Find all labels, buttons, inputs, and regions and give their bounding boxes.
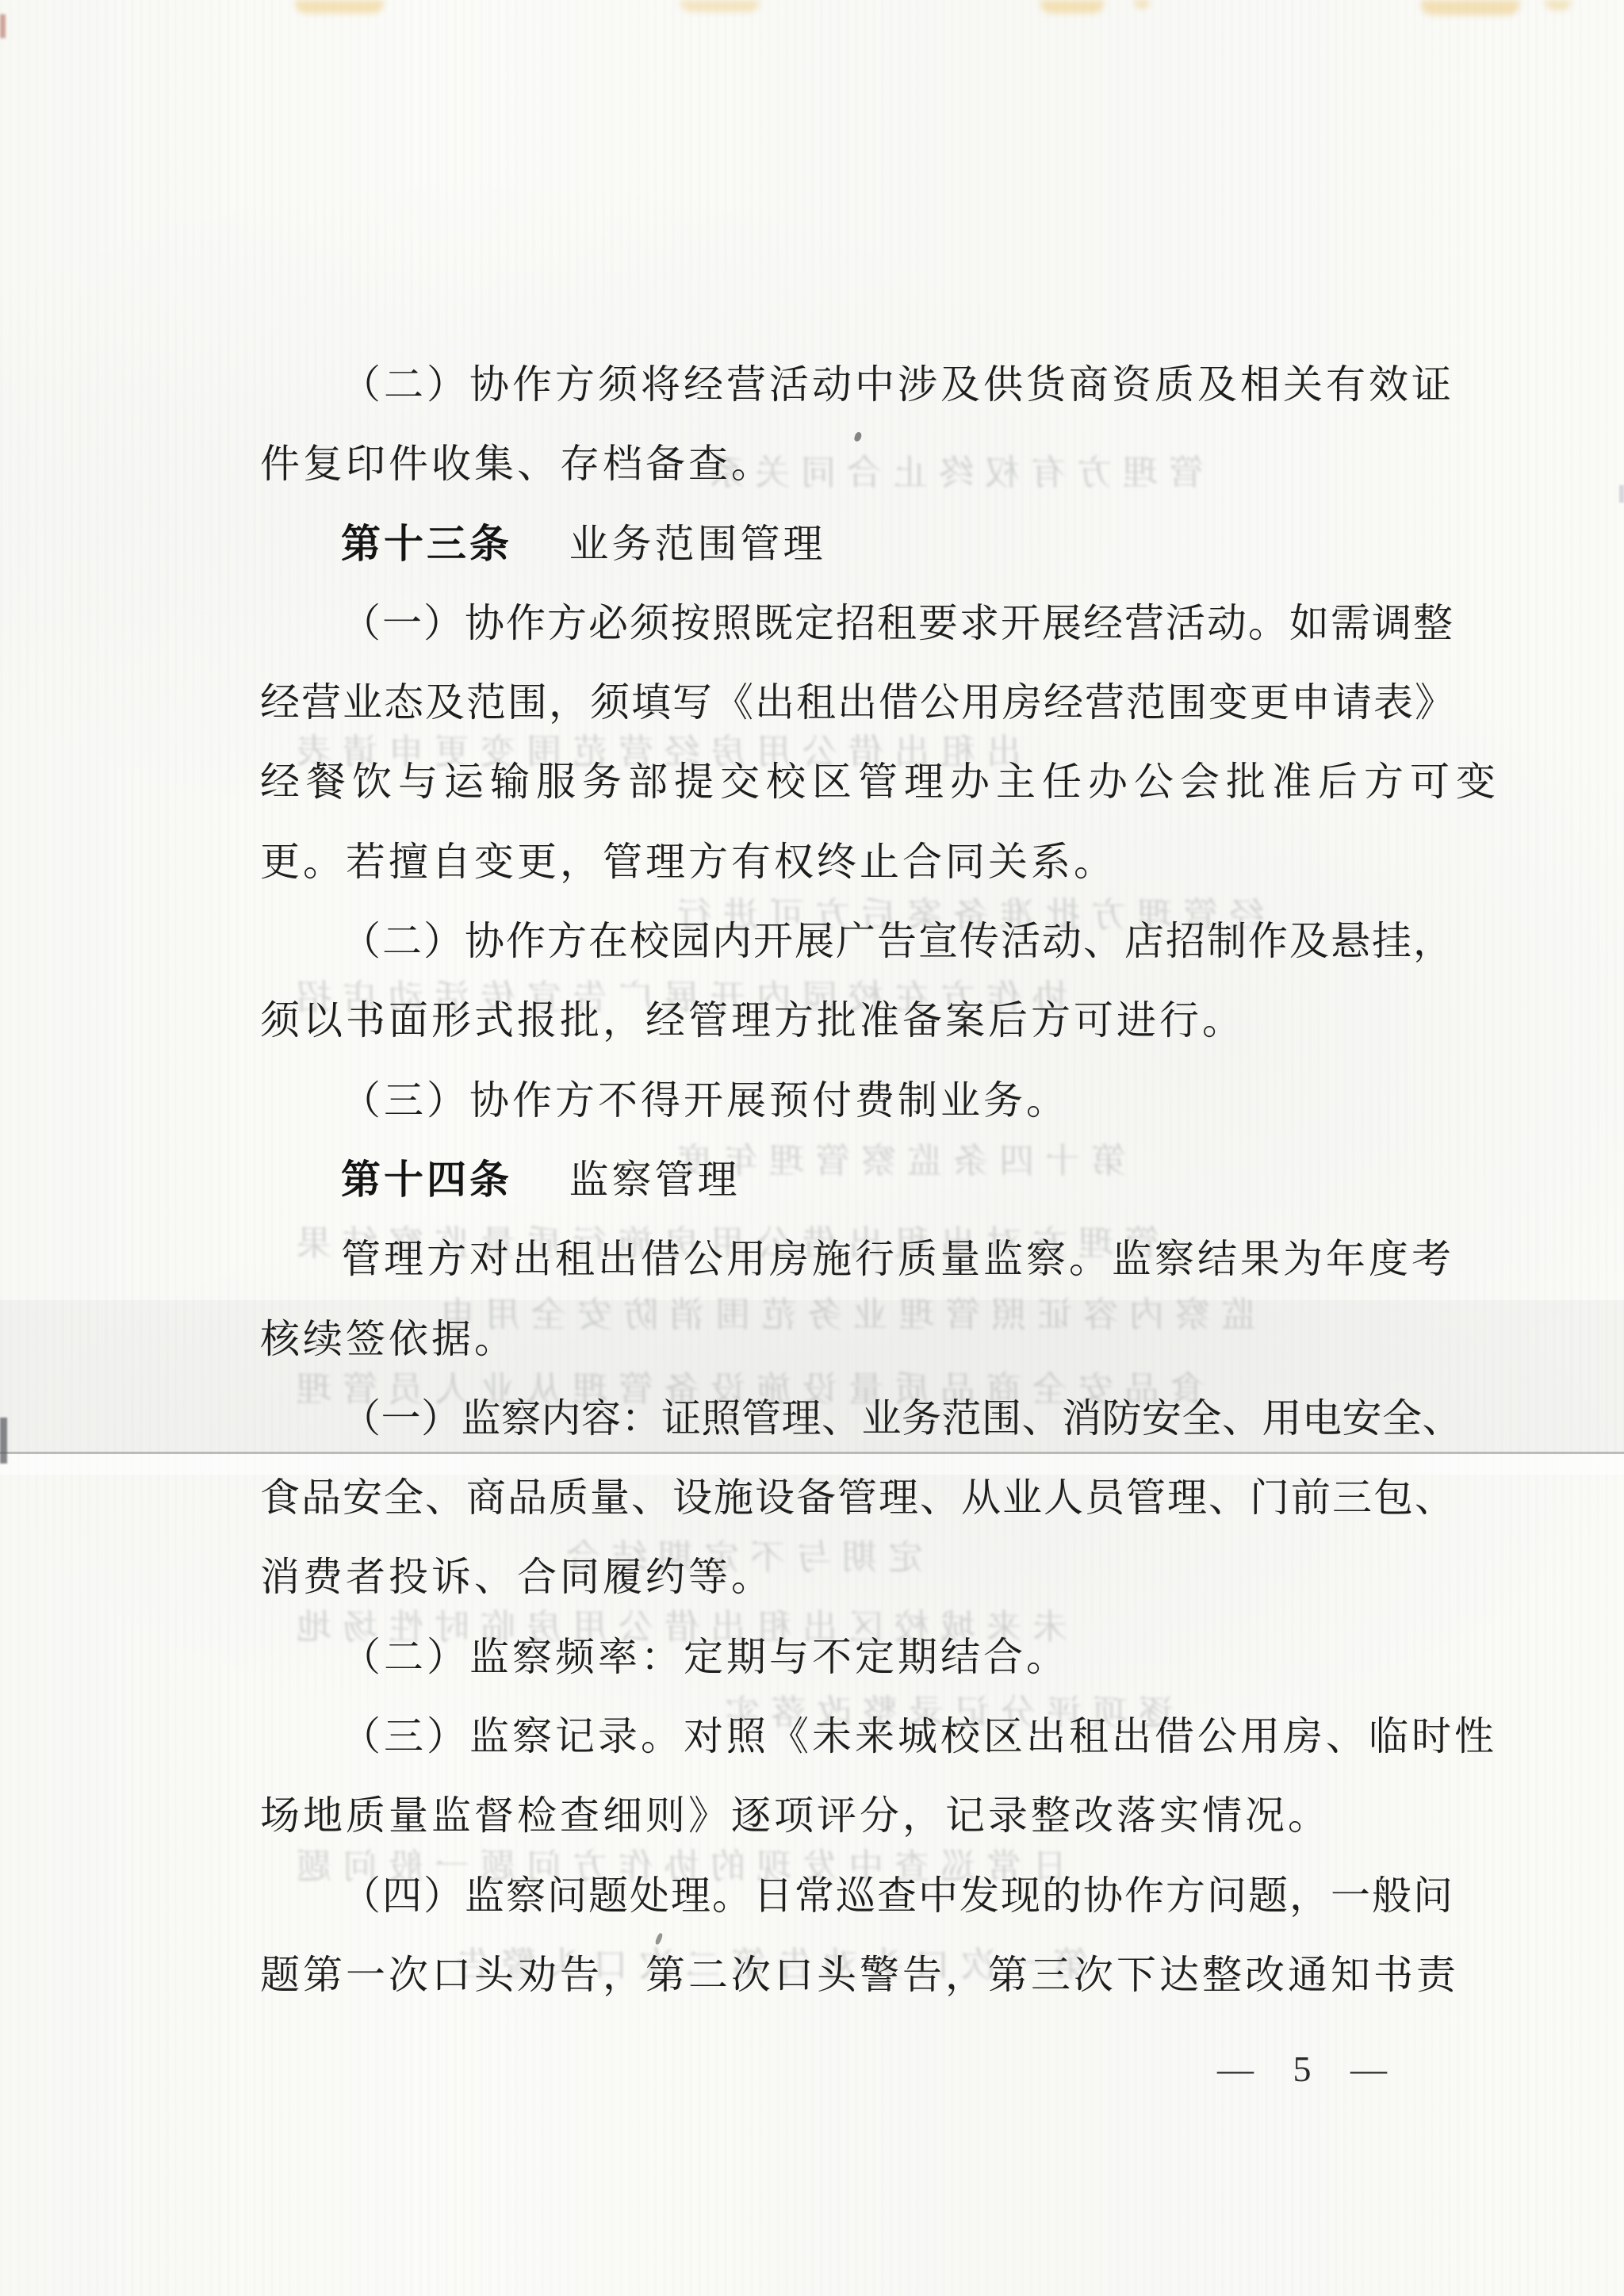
doc-line-5: 经营业态及范围，须填写《出租出借公用房经营范围变更申请表》 xyxy=(260,663,1497,742)
doc-line-12: 管理方对出租出借公用房施行质量监察。监察结果为年度考 xyxy=(260,1219,1497,1299)
article-13-heading: 第十三条 业务范围管理 xyxy=(260,504,1497,584)
doc-line-16: 消费者投诉、合同履约等。 xyxy=(260,1537,1497,1617)
article-14-heading: 第十四条 监察管理 xyxy=(260,1140,1497,1219)
doc-line-8: （二）协作方在校园内开展广告宣传活动、店招制作及悬挂， xyxy=(260,901,1497,981)
doc-line-18: （三）监察记录。对照《未来城校区出租出借公用房、临时性 xyxy=(260,1697,1497,1776)
scan-smudge-artifact xyxy=(1134,0,1150,9)
scan-smudge-artifact xyxy=(1545,0,1572,10)
doc-line-20: （四）监察问题处理。日常巡查中发现的协作方问题，一般问 xyxy=(260,1856,1497,1935)
doc-line-17: （二）监察频率：定期与不定期结合。 xyxy=(260,1617,1497,1697)
doc-line-1: （二）协作方须将经营活动中涉及供货商资质及相关有效证 xyxy=(260,345,1497,424)
scan-smudge-artifact xyxy=(1040,0,1104,13)
doc-line-10: （三）协作方不得开展预付费制业务。 xyxy=(260,1061,1497,1140)
doc-line-2: 件复印件收集、存档备查。 xyxy=(260,424,1497,503)
doc-line-19: 场地质量监督检查细则》逐项评分，记录整改落实情况。 xyxy=(260,1776,1497,1855)
document-body: （二）协作方须将经营活动中涉及供货商资质及相关有效证 件复印件收集、存档备查。 … xyxy=(260,345,1497,2015)
scan-speck-artifact xyxy=(0,14,6,38)
doc-line-14: （一）监察内容：证照管理、业务范围、消防安全、用电安全、 xyxy=(260,1379,1497,1458)
scanned-document-page: 管理方有权终止合同关系 出租出借公用房经营范围变更申请表 经管理方批准备案后方可… xyxy=(0,0,1624,2296)
doc-line-13: 核续签依据。 xyxy=(260,1299,1497,1379)
scan-smudge-artifact xyxy=(680,0,760,12)
doc-line-7: 更。若擅自变更，管理方有权终止合同关系。 xyxy=(260,822,1497,901)
article-number: 第十三条 xyxy=(341,522,512,566)
ink-speck-artifact xyxy=(1619,485,1624,503)
article-title: 监察管理 xyxy=(569,1158,741,1202)
article-title: 业务范围管理 xyxy=(569,522,826,566)
scan-smudge-artifact xyxy=(295,0,384,13)
doc-line-21: 题第一次口头劝告，第二次口头警告，第三次下达整改通知书责 xyxy=(260,1935,1497,2015)
article-number: 第十四条 xyxy=(341,1158,512,1202)
scan-smudge-artifact xyxy=(1421,0,1519,15)
doc-line-4: （一）协作方必须按照既定招租要求开展经营活动。如需调整 xyxy=(260,584,1497,663)
doc-line-6: 经餐饮与运输服务部提交校区管理办主任办公会批准后方可变 xyxy=(260,742,1497,821)
scan-edge-artifact xyxy=(0,1418,7,1464)
doc-line-15: 食品安全、商品质量、设施设备管理、从业人员管理、门前三包、 xyxy=(260,1458,1497,1537)
page-number: — 5 — xyxy=(1217,2048,1390,2090)
doc-line-9: 须以书面形式报批，经管理方批准备案后方可进行。 xyxy=(260,981,1497,1060)
